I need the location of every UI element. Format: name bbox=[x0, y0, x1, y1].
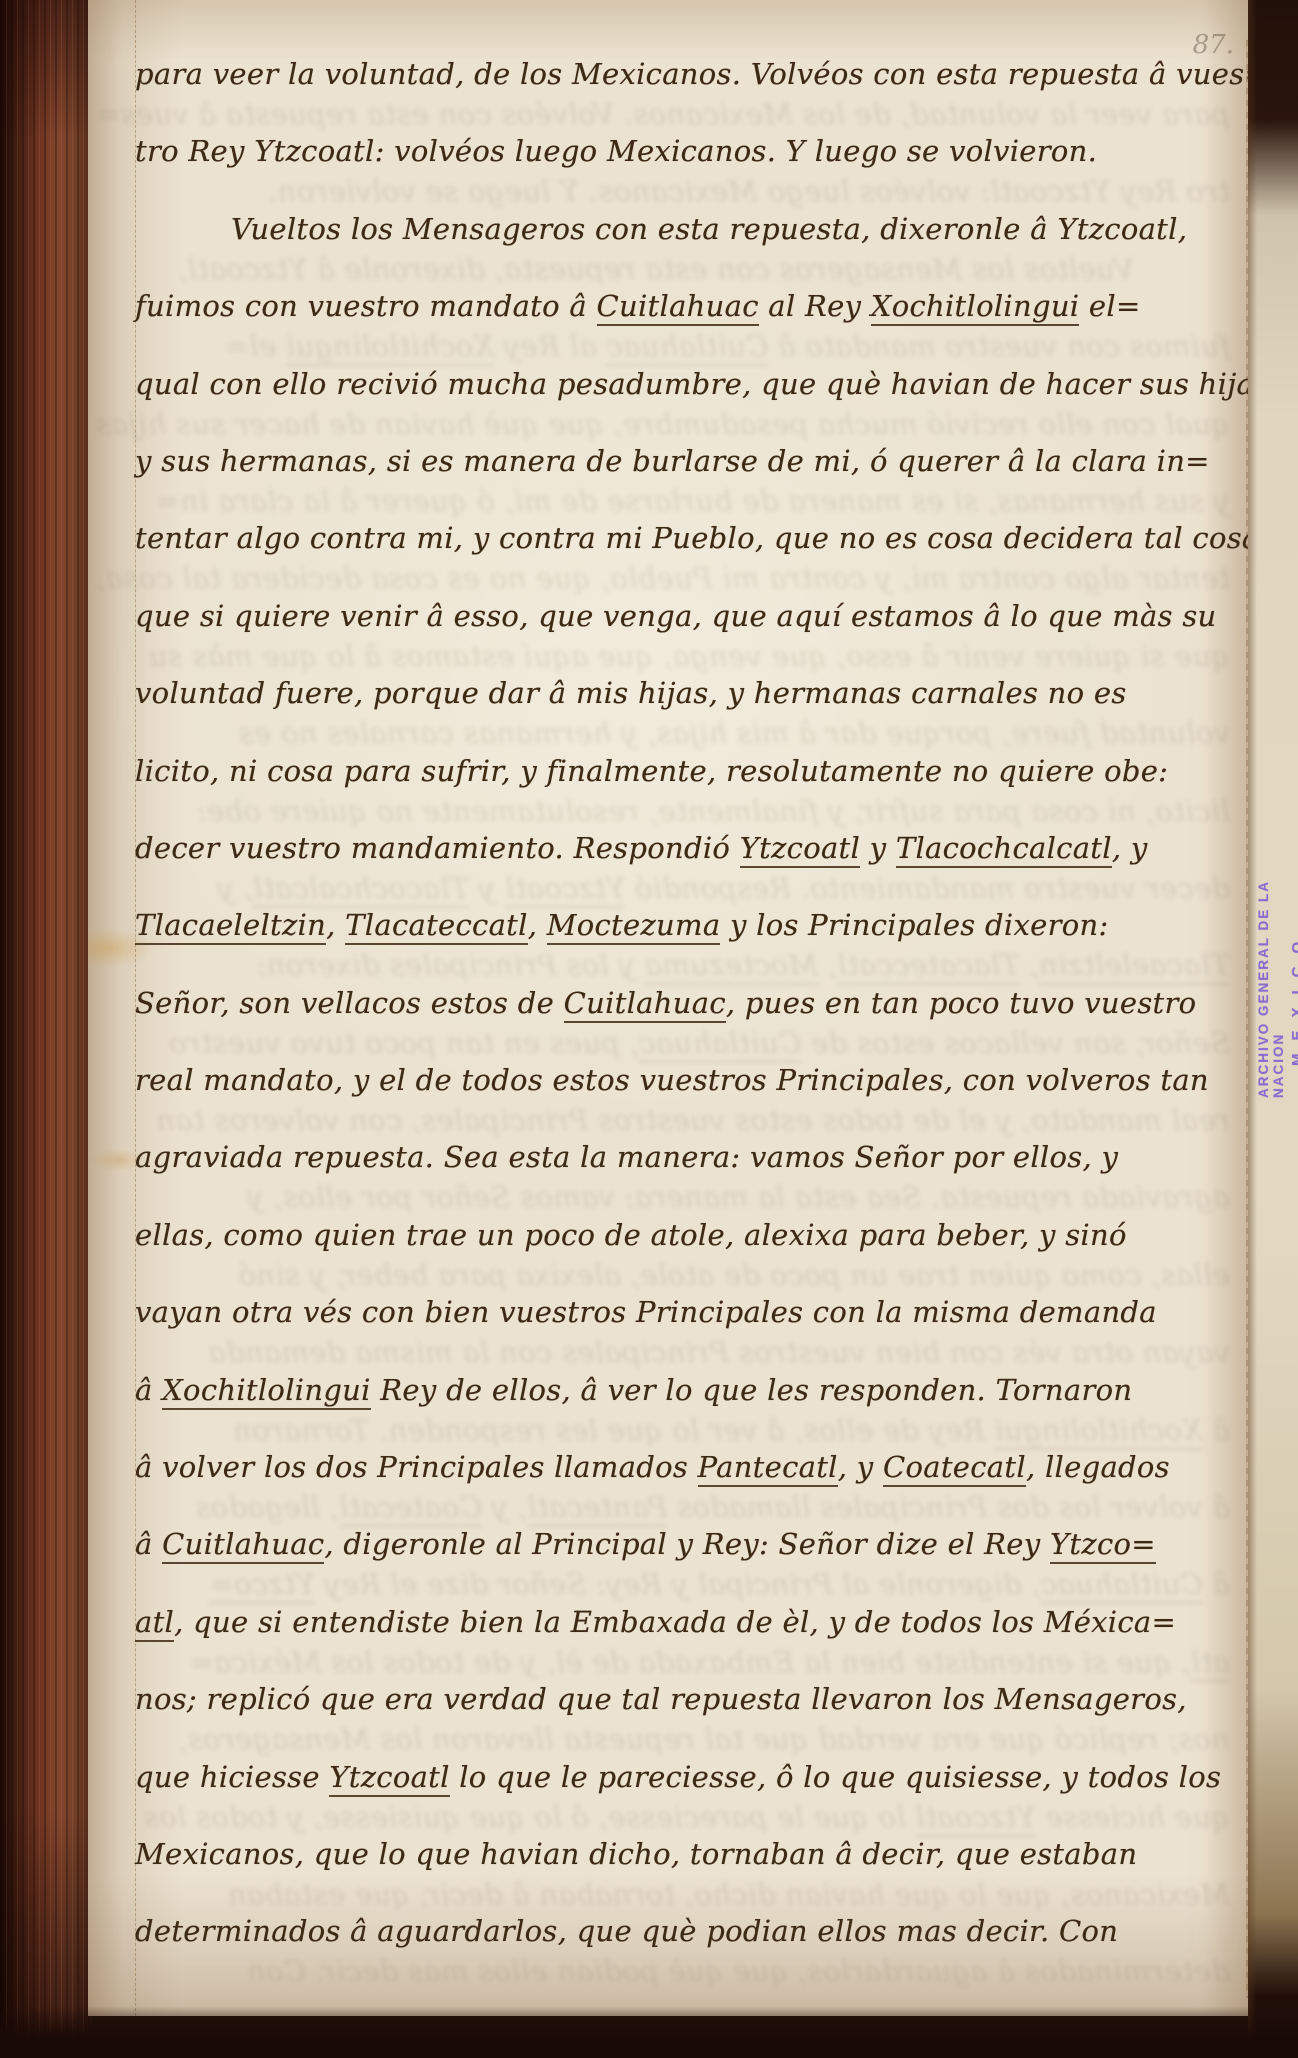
text-segment: para veer la voluntad, de los Mexicanos.… bbox=[135, 57, 1269, 91]
text-segment: , pues en tan poco tuvo vuestro bbox=[726, 986, 1197, 1020]
text-segment: , digeronle al Principal y Rey: Señor di… bbox=[324, 1527, 1050, 1561]
text-segment: ellas, como quien trae un poco de atole,… bbox=[135, 1218, 1127, 1252]
underlined-name: Cuitlahuac bbox=[162, 1527, 324, 1564]
manuscript-line: nos; replicó que era verdad que tal repu… bbox=[135, 1661, 1226, 1738]
text-segment: y sus hermanas, si es manera de burlarse… bbox=[135, 444, 1210, 478]
text-segment: , y bbox=[1112, 831, 1148, 865]
underlined-name: Tlacateccatl bbox=[345, 908, 528, 945]
underlined-name: Xochitlolingui bbox=[162, 1373, 371, 1410]
archive-stamp: ARCHIVO GENERAL DE LA NACION MEXICO bbox=[1256, 812, 1298, 1102]
text-segment: , y bbox=[838, 1450, 883, 1484]
text-segment: que si quiere venir â esso, que venga, q… bbox=[135, 599, 1216, 633]
manuscript-line: Mexicanos, que lo que havian dicho, torn… bbox=[135, 1816, 1226, 1893]
text-segment: fuimos con vuestro mandato â bbox=[135, 289, 597, 323]
manuscript-line: voluntad fuere, porque dar â mis hijas, … bbox=[135, 655, 1226, 732]
text-segment: â bbox=[135, 1373, 162, 1407]
manuscript-line: atl, que si entendiste bien la Embaxada … bbox=[135, 1584, 1226, 1661]
text-segment: â bbox=[135, 1527, 162, 1561]
manuscript-line: licito, ni cosa para sufrir, y finalment… bbox=[135, 733, 1226, 810]
manuscript-line: vayan otra vés con bien vuestros Princip… bbox=[135, 1274, 1226, 1351]
text-segment: que hiciesse bbox=[135, 1760, 329, 1794]
text-segment: , llegados bbox=[1026, 1450, 1170, 1484]
manuscript-line: ellas, como quien trae un poco de atole,… bbox=[135, 1197, 1226, 1274]
manuscript-text: para veer la voluntad, de los Mexicanos.… bbox=[135, 36, 1226, 1971]
manuscript-line: â Cuitlahuac, digeronle al Principal y R… bbox=[135, 1506, 1226, 1583]
text-segment: decer vuestro mandamiento. Respondió bbox=[135, 831, 740, 865]
archive-stamp-text: ARCHIVO GENERAL DE LA NACION bbox=[1256, 812, 1286, 1098]
manuscript-line: real mandato, y el de todos estos vuestr… bbox=[135, 1042, 1226, 1119]
underlined-name: Coatecatl bbox=[883, 1450, 1026, 1487]
text-segment: Mexicanos, que lo que havian dicho, torn… bbox=[135, 1837, 1137, 1871]
text-segment: â volver los dos Principales llamados bbox=[135, 1450, 698, 1484]
manuscript-page: para veer la voluntad, de los Mexicanos.… bbox=[88, 0, 1248, 2016]
manuscript-line: tentar algo contra mi, y contra mi Puebl… bbox=[135, 500, 1226, 577]
text-segment: Rey de ellos, â ver lo que les responden… bbox=[371, 1373, 1133, 1407]
manuscript-line: â volver los dos Principales llamados Pa… bbox=[135, 1429, 1226, 1506]
folio-number: 87. bbox=[1193, 30, 1234, 60]
text-segment: lo que le pareciesse, ô lo que quisiesse… bbox=[450, 1760, 1221, 1794]
text-segment: agraviada repuesta. Sea esta la manera: … bbox=[135, 1140, 1118, 1174]
manuscript-line: agraviada repuesta. Sea esta la manera: … bbox=[135, 1119, 1226, 1196]
book-spine-page-edges bbox=[0, 0, 92, 2058]
text-segment: voluntad fuere, porque dar â mis hijas, … bbox=[135, 676, 1127, 710]
text-segment: tentar algo contra mi, y contra mi Puebl… bbox=[135, 521, 1269, 555]
book-binding: para veer la voluntad, de los Mexicanos.… bbox=[0, 0, 1298, 2058]
text-segment: determinados â aguardarlos, que què podi… bbox=[135, 1914, 1118, 1948]
manuscript-line: para veer la voluntad, de los Mexicanos.… bbox=[135, 36, 1226, 113]
manuscript-line: tro Rey Ytzcoatl: volvéos luego Mexicano… bbox=[135, 113, 1226, 190]
underlined-name: Tlacochcalcatl bbox=[896, 831, 1112, 868]
text-segment: real mandato, y el de todos estos vuestr… bbox=[135, 1063, 1209, 1097]
manuscript-line: Señor, son vellacos estos de Cuitlahuac,… bbox=[135, 965, 1226, 1042]
manuscript-line: Tlacaeleltzin, Tlacateccatl, Moctezuma y… bbox=[135, 887, 1226, 964]
text-segment: vayan otra vés con bien vuestros Princip… bbox=[135, 1295, 1157, 1329]
archive-stamp-mexico: MEXICO bbox=[1289, 846, 1298, 1066]
text-segment: y bbox=[860, 831, 896, 865]
underlined-name: Ytzco= bbox=[1050, 1527, 1156, 1564]
underlined-name: Cuitlahuac bbox=[597, 289, 759, 326]
underlined-name: Cuitlahuac bbox=[564, 986, 726, 1023]
text-segment: y los Principales dixeron: bbox=[720, 908, 1108, 942]
text-segment: , bbox=[326, 908, 345, 942]
text-segment: al Rey bbox=[759, 289, 871, 323]
text-segment: qual con ello recivió mucha pesadumbre, … bbox=[135, 367, 1269, 401]
underlined-name: Ytzcoatl bbox=[329, 1760, 449, 1797]
underlined-name: Ytzcoatl bbox=[740, 831, 860, 868]
manuscript-line: qual con ello recivió mucha pesadumbre, … bbox=[135, 346, 1226, 423]
manuscript-line: Vueltos los Mensageros con esta repuesta… bbox=[135, 191, 1226, 268]
underlined-name: atl bbox=[135, 1605, 174, 1642]
text-segment: Vueltos los Mensageros con esta repuesta… bbox=[231, 212, 1187, 246]
text-segment: el= bbox=[1079, 289, 1140, 323]
text-segment: , que si entendiste bien la Embaxada de … bbox=[174, 1605, 1176, 1639]
text-segment: tro Rey Ytzcoatl: volvéos luego Mexicano… bbox=[135, 134, 1097, 168]
underlined-name: Moctezuma bbox=[547, 908, 721, 945]
manuscript-line: decer vuestro mandamiento. Respondió Ytz… bbox=[135, 810, 1226, 887]
text-segment: , bbox=[528, 908, 547, 942]
manuscript-line: que hiciesse Ytzcoatl lo que le parecies… bbox=[135, 1739, 1226, 1816]
manuscript-line: determinados â aguardarlos, que què podi… bbox=[135, 1893, 1226, 1970]
text-segment: nos; replicó que era verdad que tal repu… bbox=[135, 1682, 1187, 1716]
text-segment: licito, ni cosa para sufrir, y finalment… bbox=[135, 754, 1168, 788]
manuscript-line: y sus hermanas, si es manera de burlarse… bbox=[135, 423, 1226, 500]
underlined-name: Xochitlolingui bbox=[871, 289, 1080, 326]
underlined-name: Tlacaeleltzin bbox=[135, 908, 326, 945]
manuscript-line: que si quiere venir â esso, que venga, q… bbox=[135, 578, 1226, 655]
manuscript-line: fuimos con vuestro mandato â Cuitlahuac … bbox=[135, 268, 1226, 345]
text-segment: Señor, son vellacos estos de bbox=[135, 986, 564, 1020]
manuscript-line: â Xochitlolingui Rey de ellos, â ver lo … bbox=[135, 1352, 1226, 1429]
underlined-name: Pantecatl bbox=[698, 1450, 838, 1487]
